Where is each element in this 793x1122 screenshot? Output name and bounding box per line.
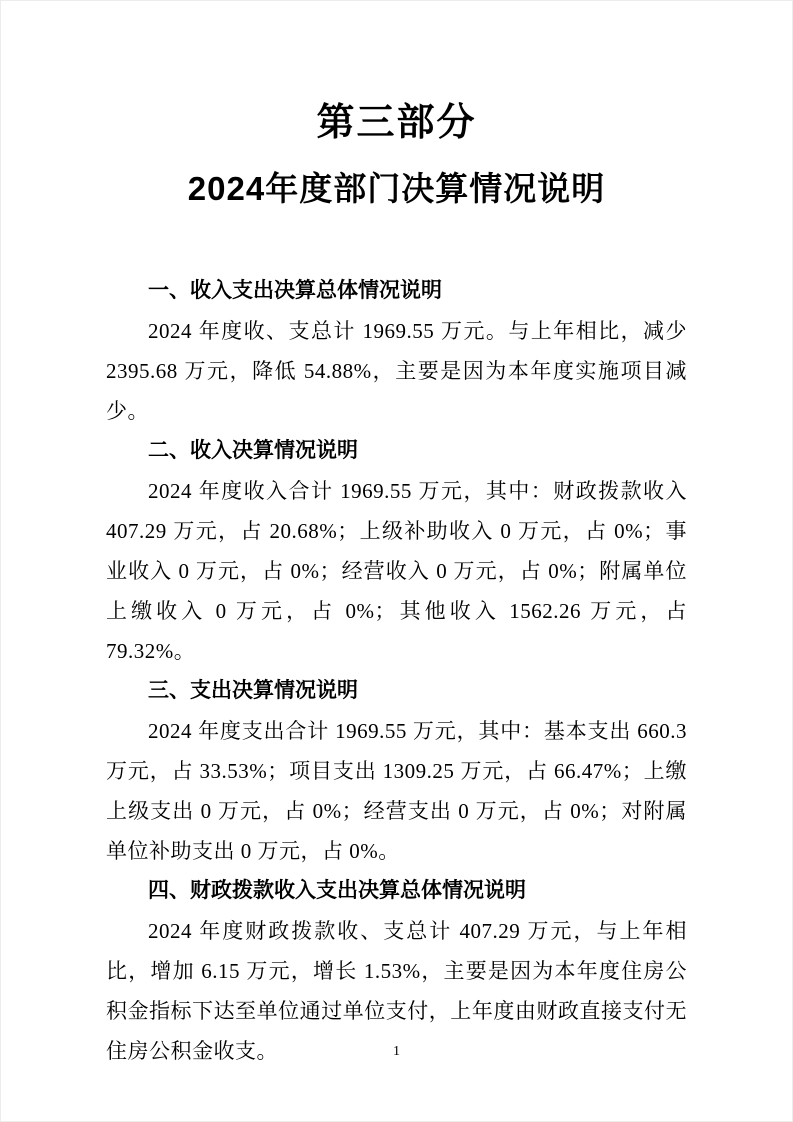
section-paragraph: 2024 年度收入合计 1969.55 万元，其中：财政拨款收入 407.29 … (106, 471, 687, 671)
document-title: 2024年度部门决算情况说明 (1, 168, 792, 210)
document-page: 第三部分 2024年度部门决算情况说明 一、收入支出决算总体情况说明 2024 … (0, 0, 793, 1122)
section-heading: 一、收入支出决算总体情况说明 (106, 271, 687, 311)
page-number: 1 (1, 1043, 792, 1061)
document-part-title: 第三部分 (1, 100, 792, 146)
section-income-details: 二、收入决算情况说明 2024 年度收入合计 1969.55 万元，其中：财政拨… (106, 431, 687, 671)
document-body: 一、收入支出决算总体情况说明 2024 年度收、支总计 1969.55 万元。与… (1, 271, 792, 1071)
section-heading: 四、财政拨款收入支出决算总体情况说明 (106, 871, 687, 911)
section-fiscal-appropriation-overview: 四、财政拨款收入支出决算总体情况说明 2024 年度财政拨款收、支总计 407.… (106, 871, 687, 1071)
section-paragraph: 2024 年度支出合计 1969.55 万元，其中：基本支出 660.3 万元，… (106, 711, 687, 871)
section-expense-details: 三、支出决算情况说明 2024 年度支出合计 1969.55 万元，其中：基本支… (106, 671, 687, 871)
section-heading: 二、收入决算情况说明 (106, 431, 687, 471)
section-income-expense-overview: 一、收入支出决算总体情况说明 2024 年度收、支总计 1969.55 万元。与… (106, 271, 687, 431)
section-heading: 三、支出决算情况说明 (106, 671, 687, 711)
section-paragraph: 2024 年度收、支总计 1969.55 万元。与上年相比，减少 2395.68… (106, 311, 687, 431)
